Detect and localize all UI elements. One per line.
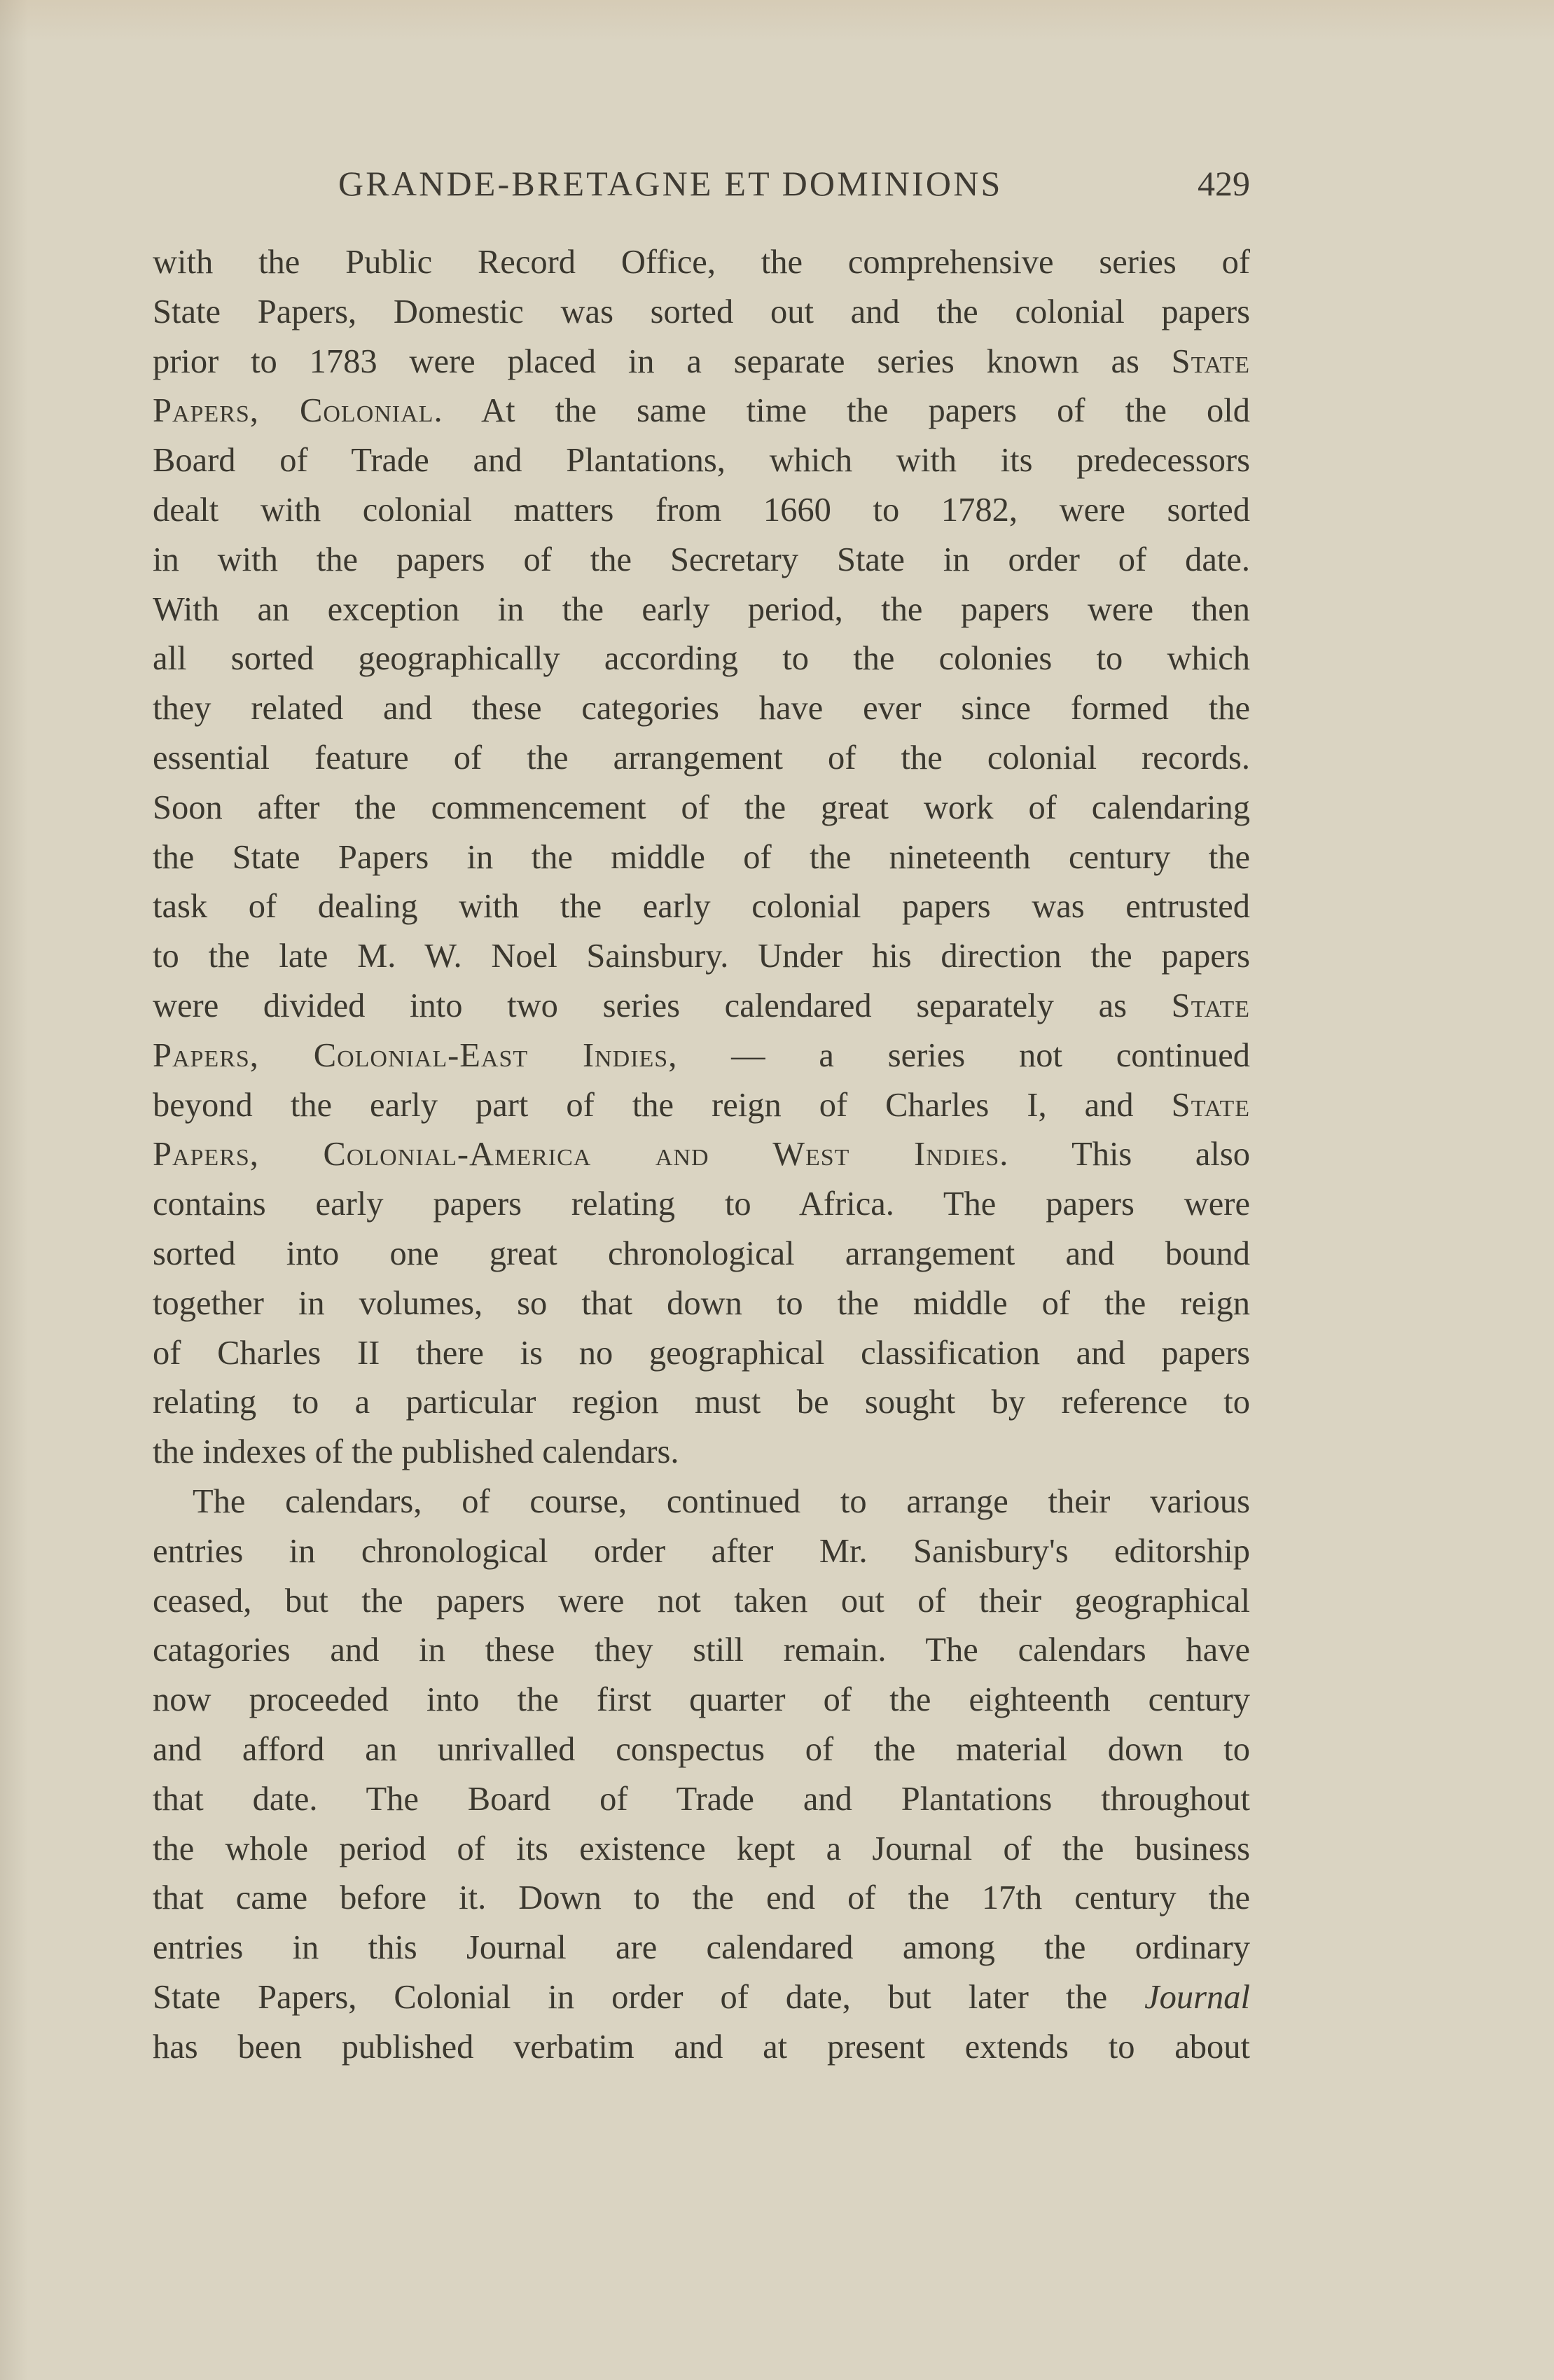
text-line: Board of Trade and Plantations, which wi… (153, 436, 1250, 486)
text-line: Soon after the commencement of the great… (153, 784, 1250, 833)
text-span: — a series not continued (731, 1037, 1250, 1074)
text-line: and afford an unrivalled conspectus of t… (153, 1725, 1250, 1775)
book-page: GRANDE-BRETAGNE ET DOMINIONS 429 with th… (0, 0, 1554, 2380)
text-line: Papers, Colonial. At the same time the p… (153, 387, 1250, 436)
text-line: were divided into two series calendared … (153, 982, 1250, 1031)
text-line: that date. The Board of Trade and Planta… (153, 1775, 1250, 1825)
text-line: of Charles II there is no geographical c… (153, 1329, 1250, 1379)
text-span: were divided into two series calendared … (153, 987, 1127, 1024)
text-line: sorted into one great chronological arra… (153, 1230, 1250, 1279)
text-span: prior to 1783 were placed in a separate … (153, 343, 1139, 380)
small-caps-span: State (1172, 1087, 1250, 1124)
text-span: At the same time the papers of the old (481, 392, 1250, 429)
text-line: With an exception in the early period, t… (153, 585, 1250, 635)
text-line: dealt with colonial matters from 1660 to… (153, 486, 1250, 536)
running-head-title: GRANDE-BRETAGNE ET DOMINIONS (338, 162, 1003, 204)
text-line: ceased, but the papers were not taken ou… (153, 1577, 1250, 1627)
text-line: task of dealing with the early colonial … (153, 882, 1250, 932)
text-line: in with the papers of the Secretary Stat… (153, 536, 1250, 585)
text-line: contains early papers relating to Africa… (153, 1180, 1250, 1230)
text-line: the State Papers in the middle of the ni… (153, 833, 1250, 883)
text-line: Papers, Colonial-America and West Indies… (153, 1130, 1250, 1180)
text-line: entries in chronological order after Mr.… (153, 1527, 1250, 1577)
text-line: all sorted geographically according to t… (153, 634, 1250, 684)
small-caps-span: Papers, Colonial. (153, 392, 443, 429)
paragraph-start-line: The calendars, of course, continued to a… (153, 1477, 1250, 1527)
text-line: with the Public Record Office, the compr… (153, 238, 1250, 288)
text-line: State Papers, Colonial in order of date,… (153, 1973, 1250, 2023)
text-line: they related and these categories have e… (153, 684, 1250, 734)
text-line: has been published verbatim and at prese… (153, 2023, 1250, 2073)
text-line: relating to a particular region must be … (153, 1378, 1250, 1428)
text-line: together in volumes, so that down to the… (153, 1279, 1250, 1329)
text-line: that came before it. Down to the end of … (153, 1874, 1250, 1923)
page-number: 429 (1198, 162, 1250, 204)
text-span: State Papers, Colonial in order of date,… (153, 1979, 1107, 2016)
text-line: essential feature of the arrangement of … (153, 734, 1250, 784)
text-line: now proceeded into the first quarter of … (153, 1676, 1250, 1725)
text-line: to the late M. W. Noel Sainsbury. Under … (153, 932, 1250, 982)
text-span: beyond the early part of the reign of Ch… (153, 1087, 1134, 1124)
italic-span: Journal (1144, 1979, 1250, 2016)
small-caps-span: Papers, Colonial-East Indies, (153, 1037, 677, 1074)
small-caps-span: State (1172, 343, 1250, 380)
text-line: prior to 1783 were placed in a separate … (153, 337, 1250, 387)
small-caps-span: State (1172, 987, 1250, 1024)
text-line: the whole period of its existence kept a… (153, 1825, 1250, 1874)
text-line: Papers, Colonial-East Indies, — a series… (153, 1031, 1250, 1081)
text-span: This also (1071, 1136, 1250, 1173)
text-line: beyond the early part of the reign of Ch… (153, 1081, 1250, 1131)
small-caps-span: Papers, Colonial-America and West Indies… (153, 1136, 1008, 1173)
running-head: GRANDE-BRETAGNE ET DOMINIONS 429 (338, 162, 1250, 204)
text-line: entries in this Journal are calendared a… (153, 1923, 1250, 1973)
text-line: the indexes of the published calendars. (153, 1428, 1250, 1477)
text-line: State Papers, Domestic was sorted out an… (153, 288, 1250, 337)
text-line: catagories and in these they still remai… (153, 1626, 1250, 1676)
